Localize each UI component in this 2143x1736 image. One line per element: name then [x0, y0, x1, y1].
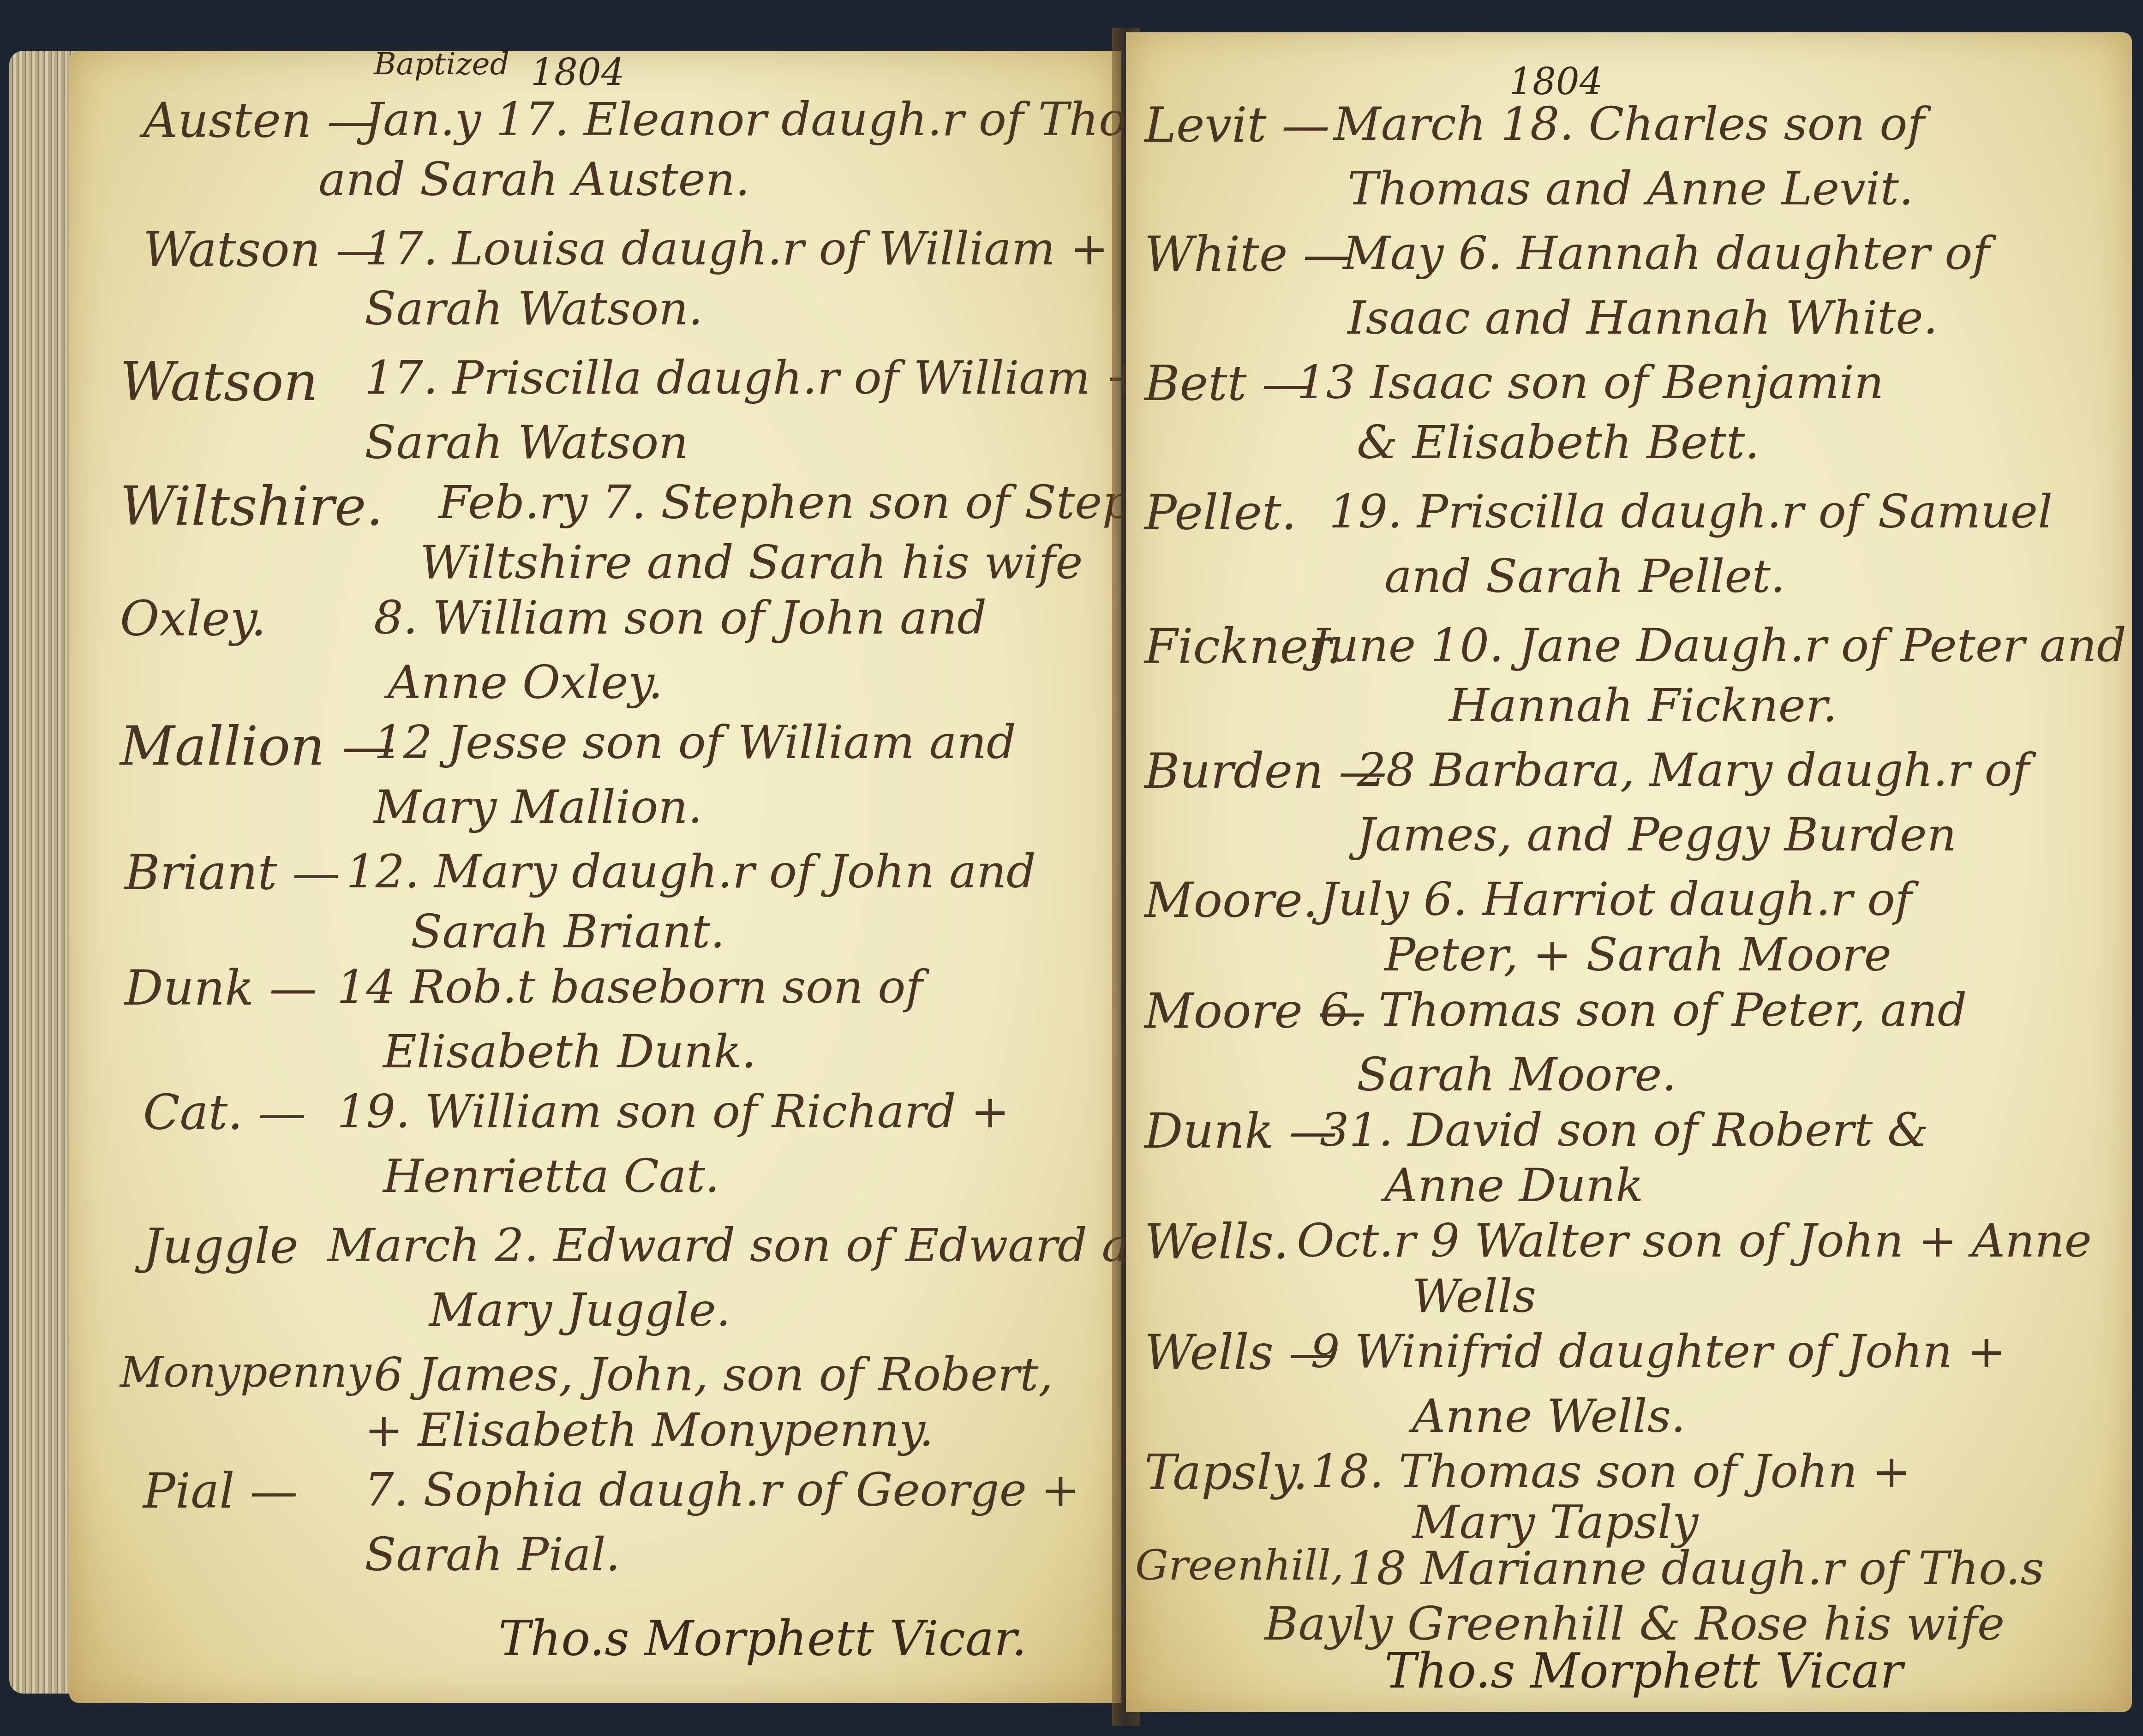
entry-surname: Dunk —: [1144, 1103, 1337, 1159]
entry-line-1: June 10. Jane Daugh.r of Peter and: [1311, 618, 2126, 672]
entry-line-2: Mary Juggle.: [429, 1283, 731, 1337]
entry-surname: Dunk —: [125, 960, 317, 1016]
entry-surname: Wells —: [1144, 1324, 1337, 1381]
entry-line-1: 6. Thomas son of Peter, and: [1320, 983, 1967, 1037]
left-page-year: 1804: [531, 51, 625, 94]
left-page: Baptized 1804 Austen — Jan.y 17. Eleanor…: [69, 51, 1121, 1703]
entry-line-2: Sarah Watson.: [365, 281, 703, 335]
entry-line-1: 6 James, John, son of Robert,: [374, 1347, 1053, 1401]
vicar-signature: Tho.s Morphett Vicar.: [498, 1610, 1027, 1667]
entry-line-1: 18 Marianne daugh.r of Tho.s: [1347, 1541, 2044, 1595]
entry-line-2: and Sarah Austen.: [318, 152, 750, 206]
right-page: 1804 Levit — March 18. Charles son of Th…: [1126, 32, 2132, 1712]
entry-line-1: 18. Thomas son of John +: [1311, 1444, 1911, 1498]
entry-surname: Monypenny: [120, 1347, 371, 1397]
entry-surname: Watson: [120, 351, 318, 413]
entry-line-1: March 18. Charles son of: [1334, 97, 1924, 151]
entry-line-2: Sarah Pial.: [365, 1527, 620, 1581]
entry-surname: Briant —: [125, 844, 340, 901]
entry-line-1: 14 Rob.t baseborn son of: [337, 960, 923, 1014]
entry-line-1: May 6. Hannah daughter of: [1343, 226, 1990, 280]
entry-surname: Wells.: [1144, 1214, 1289, 1270]
entry-line-1: 13 Isaac son of Benjamin: [1297, 355, 1884, 409]
entry-line-1: Jan.y 17. Eleanor daugh.r of Thomas: [365, 92, 1221, 146]
entry-surname: Pellet.: [1144, 485, 1297, 541]
entry-surname: Austen —: [143, 92, 375, 149]
entry-line-1: 8. William son of John and: [374, 591, 987, 645]
entry-line-1: Oct.r 9 Walter son of John + Anne: [1297, 1214, 2092, 1268]
entry-surname: Tapsly.: [1144, 1444, 1308, 1501]
entry-line-2: Peter, + Sarah Moore: [1384, 928, 1892, 982]
entry-line-1: 17. Louisa daugh.r of William +: [365, 221, 1108, 275]
entry-line-1: 12. Mary daugh.r of John and: [346, 844, 1036, 898]
entry-line-2: Anne Oxley.: [388, 655, 663, 709]
entry-line-1: March 2. Edward son of Edward and: [328, 1218, 1189, 1272]
baptized-heading: Baptized: [374, 46, 509, 82]
open-register-book: Baptized 1804 Austen — Jan.y 17. Eleanor…: [0, 0, 2143, 1736]
entry-line-1: 31. David son of Robert &: [1320, 1103, 1928, 1157]
entry-surname: White —: [1144, 226, 1351, 282]
entry-surname: Levit —: [1144, 97, 1329, 153]
entry-surname: Burden —: [1144, 743, 1387, 799]
entry-line-2: Anne Wells.: [1412, 1389, 1686, 1443]
entry-line-2: Mary Mallion.: [374, 780, 702, 834]
entry-surname: Juggle: [143, 1218, 299, 1275]
entry-surname: Oxley.: [120, 591, 266, 647]
entry-line-1: 17. Priscilla daugh.r of William +: [365, 351, 1143, 405]
entry-surname: Watson —: [143, 221, 384, 278]
entry-surname: Pial —: [143, 1463, 298, 1519]
entry-line-2: Wiltshire and Sarah his wife: [420, 535, 1083, 589]
vicar-signature: Tho.s Morphett Vicar: [1384, 1643, 1903, 1699]
entry-line-2: Sarah Briant.: [411, 904, 725, 958]
entry-line-1: 12 Jesse son of William and: [374, 715, 1016, 769]
entry-line-1: Feb.ry 7. Stephen son of Stephen: [438, 475, 1218, 529]
entry-surname: Greenhill,: [1135, 1541, 1344, 1590]
entry-line-2: and Sarah Pellet.: [1384, 549, 1785, 603]
entry-line-2: & Elisabeth Bett.: [1357, 415, 1760, 469]
entry-surname: Moore.: [1144, 872, 1318, 928]
entry-line-1: 28 Barbara, Mary daugh.r of: [1357, 743, 2029, 797]
entry-line-1: 9 Winifrid daughter of John +: [1311, 1324, 2006, 1378]
entry-line-1: July 6. Harriot daugh.r of: [1320, 872, 1912, 926]
entry-line-2: Thomas and Anne Levit.: [1347, 162, 1914, 216]
entry-line-2: Hannah Fickner.: [1449, 678, 1838, 732]
entry-line-2: James, and Peggy Burden: [1357, 808, 1957, 862]
entry-line-1: 19. William son of Richard +: [337, 1084, 1009, 1138]
entry-line-2: Sarah Watson: [365, 415, 688, 469]
entry-line-2: Isaac and Hannah White.: [1347, 291, 1938, 345]
entry-surname: Mallion —: [120, 715, 395, 778]
entry-line-2: Elisabeth Dunk.: [383, 1024, 756, 1078]
entry-line-2: Henrietta Cat.: [383, 1149, 720, 1203]
entry-line-1: 7. Sophia daugh.r of George +: [365, 1463, 1080, 1517]
entry-surname: Bett —: [1144, 355, 1310, 412]
entry-line-1: 19. Priscilla daugh.r of Samuel: [1329, 485, 2053, 539]
entry-line-2: Sarah Moore.: [1357, 1048, 1676, 1101]
entry-line-2: + Elisabeth Monypenny.: [365, 1403, 934, 1457]
entry-line-2: Wells: [1412, 1269, 1536, 1323]
entry-line-2: Anne Dunk: [1384, 1158, 1644, 1212]
entry-surname: Wiltshire.: [120, 475, 383, 538]
entry-surname: Cat. —: [143, 1084, 306, 1141]
